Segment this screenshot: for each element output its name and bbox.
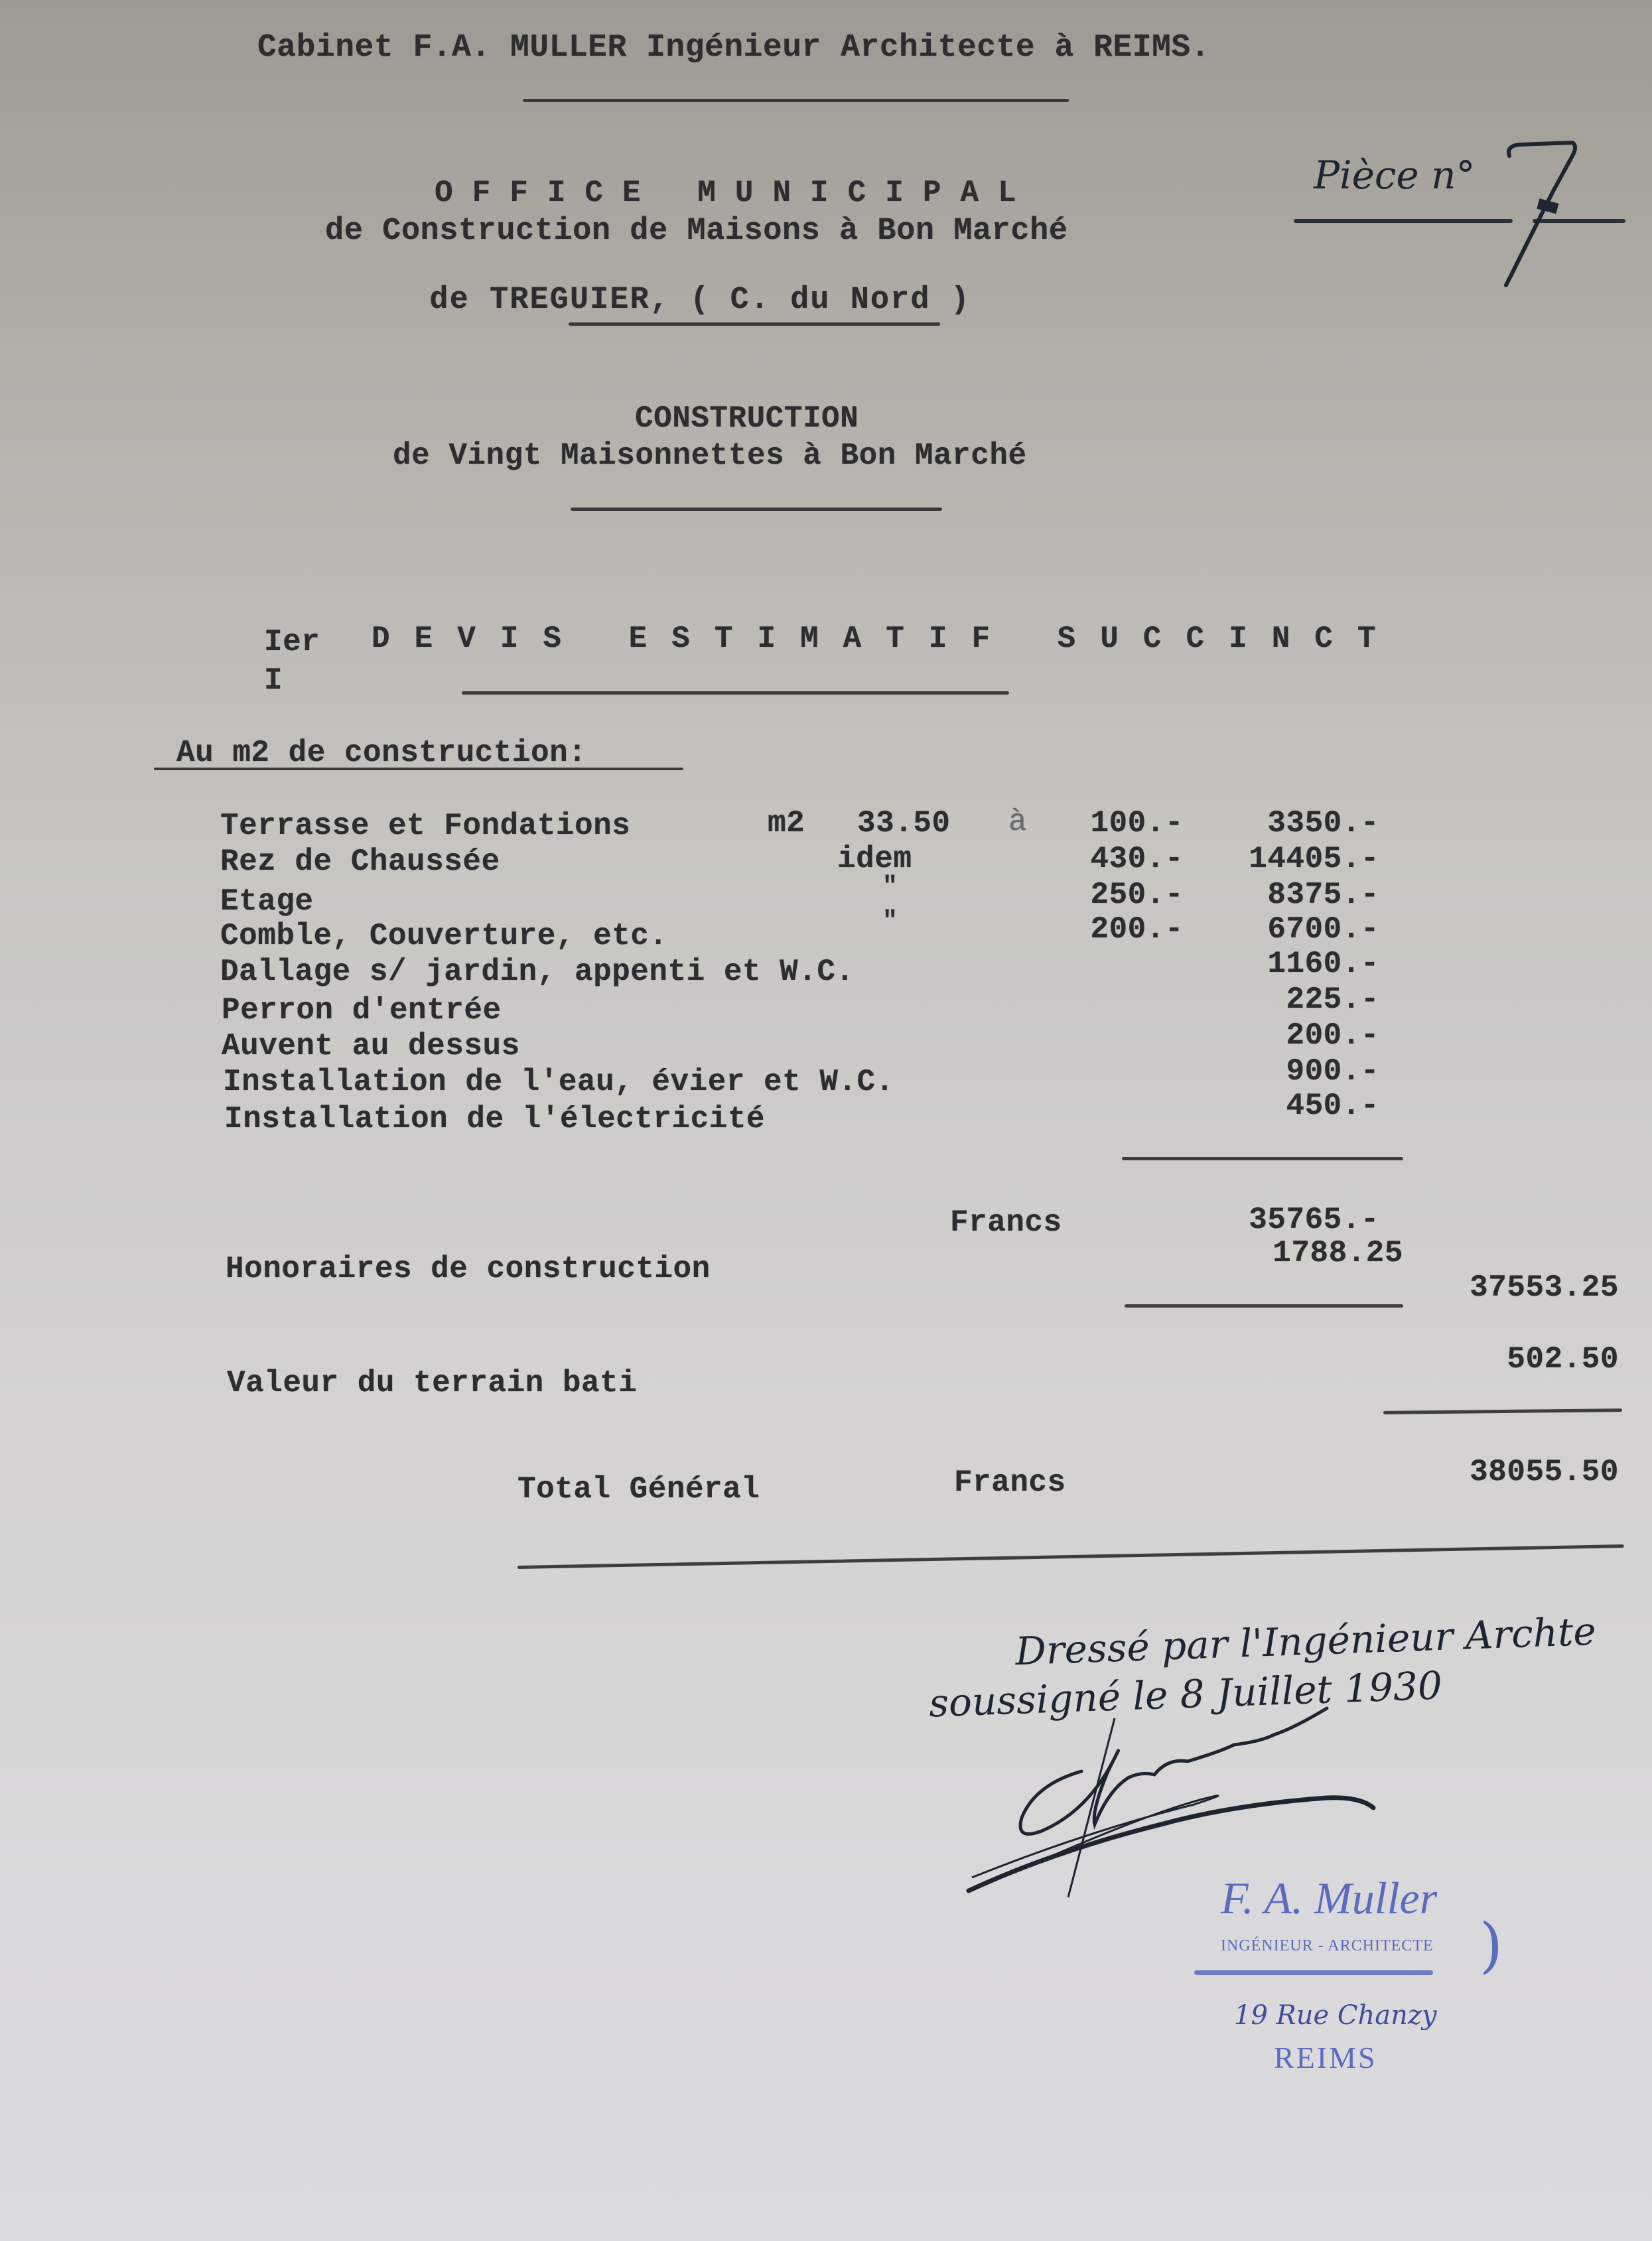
- item-price: 250.-: [1090, 880, 1184, 910]
- item-amount: 900.-: [1286, 1056, 1379, 1087]
- land-value: 502.50: [1507, 1344, 1619, 1375]
- subtotal-with-fees: 37553.25: [1470, 1272, 1619, 1303]
- project-title: CONSTRUCTION: [635, 403, 859, 434]
- item-amount: 450.-: [1286, 1091, 1379, 1121]
- item-price: 200.-: [1090, 914, 1184, 945]
- stamp-title: INGÉNIEUR - ARCHITECTE: [1221, 1937, 1434, 1955]
- office-title: OFFICE MUNICIPAL: [435, 178, 1036, 208]
- subtotal-currency: Francs: [950, 1207, 1062, 1238]
- item-amount: 3350.-: [1267, 808, 1379, 839]
- item-amount: 6700.-: [1267, 914, 1379, 945]
- section-underline: [154, 768, 683, 770]
- item-label: Rez de Chaussée: [220, 847, 500, 877]
- office-line-3: de TREGUIER, ( C. du Nord ): [391, 253, 971, 316]
- devis-suffix: I: [264, 665, 283, 696]
- item-amount: 14405.-: [1249, 844, 1379, 874]
- item-price: 100.-: [1090, 808, 1184, 839]
- grand-total-currency: Francs: [954, 1467, 1066, 1498]
- item-amount: 1160.-: [1267, 949, 1379, 979]
- handwritten-seven-icon: [1480, 126, 1599, 299]
- stamp-name: F. A. Muller: [1221, 1872, 1437, 1925]
- project-subtitle: de Vingt Maisonnettes à Bon Marché: [393, 441, 1027, 471]
- stamp-address: 19 Rue Chanzy: [1234, 2000, 1437, 2031]
- office-line-2: de Construction de Maisons à Bon Marché: [325, 216, 1067, 247]
- item-label: Installation de l'eau, évier et W.C.: [223, 1067, 894, 1097]
- divider: [462, 691, 1009, 695]
- item-label: Dallage s/ jardin, appenti et W.C.: [220, 957, 855, 987]
- divider: [523, 99, 1069, 102]
- piece-number-mark: Pièce n°: [1280, 126, 1652, 299]
- item-unit: m2: [768, 808, 805, 839]
- signature-line-1: Dressé par l'Ingénieur Archte: [1014, 1609, 1597, 1674]
- land-label: Valeur du terrain bati: [227, 1368, 637, 1398]
- item-qty: ": [882, 874, 898, 900]
- subtotal-value: 35765.-: [1249, 1205, 1379, 1235]
- stamp-bracket: ): [1480, 1911, 1503, 1980]
- devis-prefix: Ier: [264, 627, 320, 657]
- piece-label: Pièce n°: [1314, 153, 1476, 198]
- item-at: à: [1008, 807, 1027, 837]
- item-amount: 200.-: [1286, 1020, 1379, 1051]
- item-amount: 8375.-: [1267, 880, 1379, 910]
- item-label: Terrasse et Fondations: [220, 811, 630, 841]
- subtotal-rule: [1122, 1157, 1403, 1160]
- land-rule: [1383, 1408, 1622, 1414]
- fees-value: 1788.25: [1273, 1238, 1403, 1268]
- fees-label: Honoraires de construction: [226, 1254, 711, 1284]
- item-price: 430.-: [1090, 844, 1184, 874]
- divider: [571, 508, 942, 511]
- item-label: Comble, Couverture, etc.: [220, 921, 668, 951]
- grand-total-value: 38055.50: [1470, 1457, 1619, 1487]
- stamp-city: REIMS: [1274, 2040, 1377, 2075]
- item-qty: 33.50: [857, 808, 951, 839]
- fees-rule: [1125, 1304, 1403, 1308]
- item-label: Auvent au dessus: [222, 1031, 520, 1061]
- grand-total-rule: [517, 1544, 1624, 1569]
- item-qty: ": [882, 909, 898, 934]
- grand-total-label: Total Général: [517, 1474, 760, 1505]
- divider: [569, 322, 940, 326]
- item-label: Installation de l'électricité: [224, 1104, 765, 1134]
- item-qty: idem: [837, 844, 912, 874]
- office-line-3-text: de TREGUIER, ( C. du Nord ): [429, 283, 971, 318]
- section-heading: Au m2 de construction:: [176, 738, 586, 768]
- item-amount: 225.-: [1286, 985, 1379, 1015]
- cabinet-header: Cabinet F.A. MULLER Ingénieur Architecte…: [257, 32, 1210, 64]
- architect-stamp: F. A. Muller INGÉNIEUR - ARCHITECTE ) 19…: [1168, 1864, 1526, 2083]
- item-label: Etage: [220, 886, 314, 917]
- devis-title: DEVIS ESTIMATIF SUCCINCT: [372, 624, 1401, 654]
- item-label: Perron d'entrée: [222, 995, 502, 1026]
- stamp-underline: [1194, 1970, 1433, 1975]
